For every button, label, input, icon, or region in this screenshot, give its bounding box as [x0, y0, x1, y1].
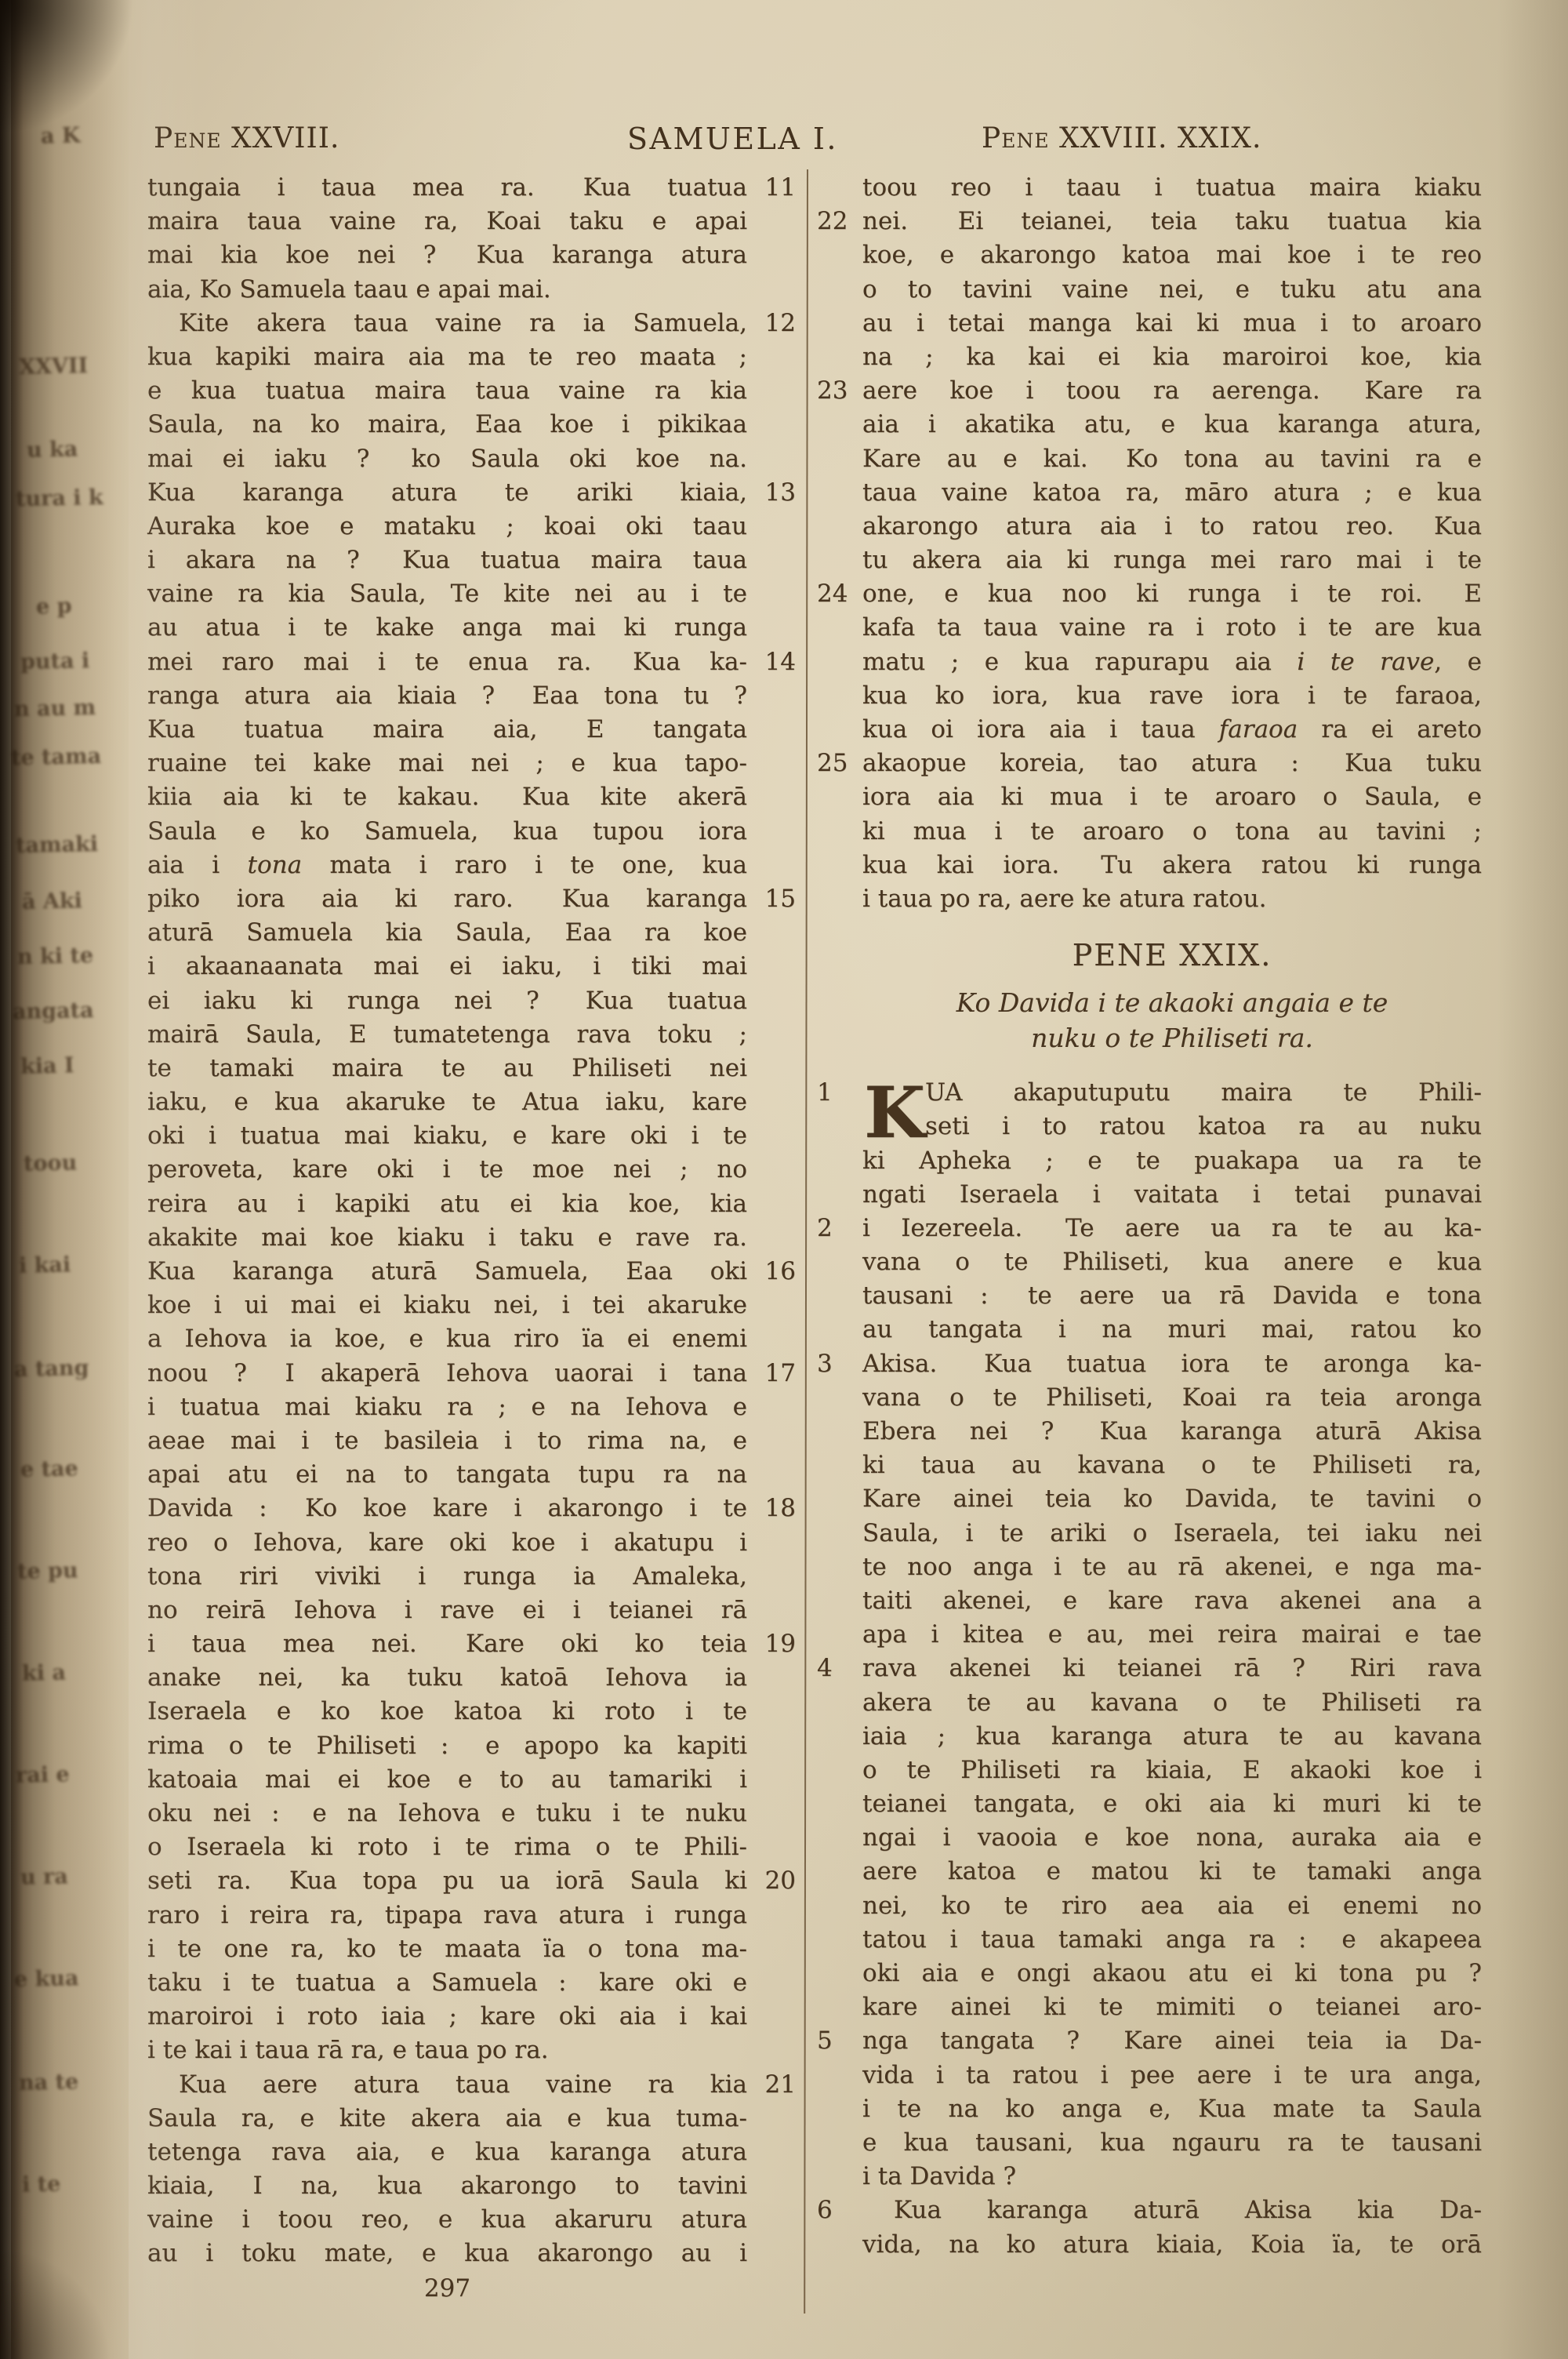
- text-line: taiti akenei, e kare rava akenei ana a: [862, 1584, 1482, 1618]
- column-divider: [804, 169, 808, 2314]
- text-line: i Iezereela. Te aere ua ra te au ka-2: [862, 1212, 1482, 1245]
- text-line: vaine ra kia Saula, Te kite nei au i te: [147, 577, 747, 611]
- verse-number: 1: [817, 1076, 859, 1110]
- text-line: reo o Iehova, kare oki koe i akatupu i: [147, 1526, 747, 1560]
- text-line: kua kai iora. Tu akera ratou ki runga: [862, 849, 1482, 882]
- gutter-fragment: te tama: [11, 744, 102, 770]
- chapter-heading: PENE XXIX.: [862, 935, 1482, 976]
- text-line: Davida : Ko koe kare i akarongo i te18: [147, 1492, 747, 1525]
- text-line: teianei tangata, e oki aia ki muri ki te: [862, 1787, 1482, 1821]
- text-line: mairā Saula, E tumatetenga rava toku ;: [147, 1018, 747, 1052]
- text-line: a Iehova ia koe, e kua riro ïa ei enemi: [147, 1322, 747, 1356]
- gutter-fragment: ā Aki: [22, 889, 82, 914]
- text-line: kiia aia ki te kakau. Kua kite akerā: [147, 780, 747, 814]
- text-line: Kua aere atura taua vaine ra kia21: [147, 2068, 747, 2102]
- chapter-subtitle-line: Ko Davida i te akaoki angaia e te: [862, 985, 1482, 1020]
- text-line: kua kapiki maira aia ma te reo maata ;: [147, 340, 747, 374]
- text-line: nga tangata ? Kare ainei teia ia Da-5: [862, 2024, 1482, 2058]
- text-line: akarongo atura aia i to ratou reo. Kua: [862, 510, 1482, 543]
- verse-number: 11: [750, 171, 796, 205]
- text-line: te tamaki maira te au Philiseti nei: [147, 1052, 747, 1085]
- gutter-fragment: te pu: [17, 1558, 78, 1584]
- text-line: seti ra. Kua topa pu ua iorā Saula ki20: [147, 1864, 747, 1898]
- text-line: i ta Davida ?: [862, 2160, 1482, 2194]
- gutter-fragment: n ki te: [17, 943, 94, 969]
- page-gutter: a KXXVIIu katura i ke pputa in au mte ta…: [11, 0, 129, 2359]
- text-line: au i toku mate, e kua akarongo au i: [147, 2237, 747, 2270]
- text-line: i te kai i taua rā ra, e taua po ra.: [147, 2034, 747, 2067]
- text-line: aia i akatika atu, e kua karanga atura,: [862, 408, 1482, 442]
- text-line: vana o te Philiseti, Koai ra teia aronga: [862, 1381, 1482, 1415]
- text-line: iaia ; kua karanga atura te au kavana: [862, 1720, 1482, 1754]
- text-line: no reirā Iehova i rave ei i teianei rā: [147, 1594, 747, 1627]
- text-line: ki mua i te aroaro o tona au tavini ;: [862, 815, 1482, 849]
- text-line: peroveta, kare oki i te moe nei ; no: [147, 1153, 747, 1187]
- text-line: i te na ko anga e, Kua mate ta Saula: [862, 2092, 1482, 2126]
- text-line: au i tetai manga kai ki mua i to aroaro: [862, 307, 1482, 340]
- text-line: tatou i taua tamaki anga ra : e akapeea: [862, 1923, 1482, 1957]
- verse-number: 16: [750, 1255, 796, 1289]
- text-line: e kua tausani, kua ngauru ra te tausani: [862, 2126, 1482, 2160]
- text-line: aia, Ko Samuela taau e apai mai.: [147, 273, 747, 307]
- verse-number: 3: [817, 1347, 859, 1381]
- text-line: iaku, e kua akaruke te Atua iaku, kare: [147, 1085, 747, 1119]
- text-line: vida, na ko atura kiaia, Koia ïa, te orā: [862, 2228, 1482, 2262]
- gutter-fragment: tamaki: [16, 832, 99, 858]
- gutter-fragment: rai e: [16, 1762, 70, 1787]
- gutter-fragment: puta i: [20, 649, 90, 674]
- gutter-fragment: kia I: [20, 1053, 74, 1078]
- text-line: katoaia mai ei koe e to au tamariki i: [147, 1763, 747, 1797]
- text-line: taua vaine katoa ra, māro atura ; e kua: [862, 476, 1482, 510]
- gutter-fragment: tura i k: [16, 485, 103, 511]
- verse-number: 21: [750, 2068, 796, 2102]
- text-line: e kua tuatua maira taua vaine ra kia: [147, 374, 747, 408]
- text-line: vida i ta ratou i pee aere i te ura anga…: [862, 2059, 1482, 2092]
- text-line: Kare ainei teia ko Davida, te tavini o: [862, 1482, 1482, 1516]
- verse-number: 24: [817, 577, 859, 611]
- text-line: kafa ta taua vaine ra i roto i te are ku…: [862, 611, 1482, 645]
- gutter-fragment: a K: [41, 123, 81, 148]
- text-line: koe i ui mai ei kiaku nei, i tei akaruke: [147, 1289, 747, 1322]
- text-line: tetenga rava aia, e kua karanga atura: [147, 2135, 747, 2169]
- verse-number: 4: [817, 1652, 859, 1685]
- gutter-fragment: e tae: [20, 1456, 78, 1482]
- gutter-fragment: u ra: [20, 1864, 68, 1889]
- text-column-left: tungaia i taua mea ra. Kua tuatua11maira…: [147, 171, 747, 2271]
- text-line: i te one ra, ko te maata ïa o tona ma-: [147, 1932, 747, 1966]
- text-line: au tangata i na muri mai, ratou ko: [862, 1313, 1482, 1347]
- book-page: a KXXVIIu katura i ke pputa in au mte ta…: [0, 0, 1568, 2359]
- text-line: Saula, na ko maira, Eaa koe i pikikaa: [147, 408, 747, 442]
- text-line: matu ; e kua rapurapu aia i te rave, e: [862, 645, 1482, 679]
- text-line: rava akenei ki teianei rā ? Riri rava4: [862, 1652, 1482, 1685]
- text-line: o Iseraela ki roto i te rima o te Phili-: [147, 1830, 747, 1864]
- running-head-center: SAMUELA I.: [627, 119, 838, 158]
- verse-number: 17: [750, 1357, 796, 1390]
- text-line: anake nei, ka tuku katoā Iehova ia: [147, 1661, 747, 1695]
- text-line: aere koe i toou ra aerenga. Kare ra23: [862, 374, 1482, 408]
- text-line: maira taua vaine ra, Koai taku e apai: [147, 205, 747, 238]
- gutter-fragment: na te: [19, 2070, 79, 2095]
- text-line: tona riri viviki i runga ia Amaleka,: [147, 1560, 747, 1594]
- verse-number: 12: [750, 307, 796, 340]
- text-line: nei. Ei teianei, teia taku tuatua kia22: [862, 205, 1482, 238]
- text-line: Kua karanga aturā Samuela, Eaa oki16: [147, 1255, 747, 1289]
- text-line: ngai i vaooia e koe nona, auraka aia e: [862, 1821, 1482, 1855]
- gutter-fragment: e p: [36, 594, 72, 620]
- text-line: ki Apheka ; e te puakapa ua ra te: [862, 1144, 1482, 1178]
- text-line: taku i te tuatua a Samuela : kare oki e: [147, 1966, 747, 2000]
- text-line: i tuatua mai kiaku ra ; e na Iehova e: [147, 1390, 747, 1424]
- verse-number: 20: [750, 1864, 796, 1898]
- text-line: aeae mai i te basileia i to rima na, e: [147, 1424, 747, 1458]
- text-line: ngati Iseraela i vaitata i tetai punavai: [862, 1178, 1482, 1212]
- text-line: aere katoa e matou ki te tamaki anga: [862, 1855, 1482, 1888]
- gutter-fragment: i kai: [19, 1252, 71, 1278]
- text-line: akakite mai koe kiaku i taku e rave ra.: [147, 1221, 747, 1255]
- text-line: piko iora aia ki raro. Kua karanga15: [147, 882, 747, 916]
- running-head-right: Pene XXVIII. XXIX.: [982, 119, 1261, 158]
- text-line: ruaine tei kake mai nei ; e kua tapo-: [147, 747, 747, 780]
- gutter-fragment: n au m: [14, 696, 96, 722]
- text-line: oki i tuatua mai kiaku, e kare oki i te: [147, 1119, 747, 1153]
- chapter-subtitle-line: nuku o te Philiseti ra.: [862, 1020, 1482, 1056]
- gutter-fragment: toou: [24, 1150, 78, 1176]
- verse-number: 2: [817, 1212, 859, 1245]
- text-line: apai atu ei na to tangata tupu ra na: [147, 1458, 747, 1492]
- text-line: tausani : te aere ua rā Davida e tona: [862, 1279, 1482, 1313]
- text-line: reira au i kapiki atu ei kia koe, kia: [147, 1187, 747, 1221]
- verse-number: 14: [750, 645, 796, 679]
- text-line: Kua tuatua maira aia, E tangata: [147, 713, 747, 747]
- verse-number: 22: [817, 205, 859, 238]
- text-line: iora aia ki mua i te aroaro o Saula, e: [862, 780, 1482, 814]
- text-line: kiaia, I na, kua akarongo to tavini: [147, 2169, 747, 2203]
- text-line: Kite akera taua vaine ra ia Samuela,12: [147, 307, 747, 340]
- text-line: vana o te Philiseti, kua anere e kua: [862, 1245, 1482, 1279]
- text-line: kare ainei ki te mimiti o teianei aro-: [862, 1990, 1482, 2024]
- text-line: Saula ra, e kite akera aia e kua tuma-: [147, 2102, 747, 2135]
- text-line: Iseraela e ko koe katoa ki roto i te: [147, 1695, 747, 1728]
- text-line: kua oi iora aia i taua faraoa ra ei aret…: [862, 713, 1482, 747]
- text-line: kua ko iora, kua rave iora i te faraoa,: [862, 679, 1482, 713]
- text-line: i akaanaanata mai ei iaku, i tiki mai: [147, 950, 747, 983]
- text-line: vaine i toou reo, e kua akaruru atura: [147, 2203, 747, 2237]
- text-line: au atua i te kake anga mai ki runga: [147, 611, 747, 645]
- text-line: oku nei : e na Iehova e tuku i te nuku: [147, 1797, 747, 1830]
- text-line: nei, ko te riro aea aia ei enemi no: [862, 1889, 1482, 1923]
- verses-before-heading: toou reo i taau i tuatua maira kiakunei.…: [862, 171, 1482, 916]
- text-line: akaopue koreia, tao atura : Kua tuku25: [862, 747, 1482, 780]
- text-line: Kare au e kai. Ko tona au tavini ra e: [862, 442, 1482, 476]
- text-line: akera te au kavana o te Philiseti ra: [862, 1686, 1482, 1720]
- text-line: tungaia i taua mea ra. Kua tuatua11: [147, 171, 747, 205]
- text-line: Ebera nei ? Kua karanga aturā Akisa: [862, 1415, 1482, 1448]
- text-line: Saula, i te ariki o Iseraela, tei iaku n…: [862, 1517, 1482, 1550]
- verse-number: 5: [817, 2024, 859, 2058]
- text-line: maroiroi i roto iaia ; kare oki aia i ka…: [147, 2000, 747, 2034]
- text-line: noou ? I akaperā Iehova uaorai i tana17: [147, 1357, 747, 1390]
- text-line: toou reo i taau i tuatua maira kiaku: [862, 171, 1482, 205]
- text-line: mei raro mai i te enua ra. Kua ka-14: [147, 645, 747, 679]
- gutter-fragment: a tang: [14, 1356, 89, 1382]
- text-line: o te Philiseti ra kiaia, E akaoki koe i: [862, 1754, 1482, 1787]
- running-head-left: Pene XXVIII.: [154, 119, 339, 158]
- verse-number: 13: [750, 476, 796, 510]
- text-line: i taua po ra, aere ke atura ratou.: [862, 882, 1482, 916]
- verses-after-heading: KUA akaputuputu maira te Phili-1seti i t…: [862, 1076, 1482, 2262]
- text-line: i taua mea nei. Kare oki ko teia19: [147, 1627, 747, 1661]
- text-line: oki aia e ongi akaou atu ei ki tona pu ?: [862, 1957, 1482, 1990]
- text-line: Akisa. Kua tuatua iora te aronga ka-3: [862, 1347, 1482, 1381]
- verse-number: 25: [817, 747, 859, 780]
- verse-number: 19: [750, 1627, 796, 1661]
- verse-number: 6: [817, 2194, 859, 2227]
- text-line: tu akera aia ki runga mei raro mai i te: [862, 543, 1482, 577]
- gutter-fragment: XXVII: [19, 354, 89, 380]
- text-line: o to tavini vaine nei, e tuku atu ana: [862, 273, 1482, 307]
- text-line: i akara na ? Kua tuatua maira taua: [147, 543, 747, 577]
- text-line: koe, e akarongo katoa mai koe i te reo: [862, 238, 1482, 272]
- gutter-fragment: e kua: [14, 1966, 79, 1992]
- text-line: rima o te Philiseti : e apopo ka kapiti: [147, 1729, 747, 1763]
- text-line: Auraka koe e mataku ; koai oki taau: [147, 510, 747, 543]
- text-line: raro i reira ra, tipapa rava atura i run…: [147, 1899, 747, 1932]
- text-line: mai kia koe nei ? Kua karanga atura: [147, 238, 747, 272]
- text-line: KUA akaputuputu maira te Phili-1: [862, 1076, 1482, 1110]
- text-line: seti i to ratou katoa ra au nuku: [862, 1110, 1482, 1143]
- verse-number: 15: [750, 882, 796, 916]
- text-line: Saula e ko Samuela, kua tupou iora: [147, 815, 747, 849]
- verse-number: 18: [750, 1492, 796, 1525]
- gutter-fragment: angata: [13, 998, 94, 1024]
- gutter-fragment: i te: [22, 2172, 61, 2197]
- text-line: Kua karanga atura te ariki kiaia,13: [147, 476, 747, 510]
- text-line: one, e kua noo ki runga i te roi. E24: [862, 577, 1482, 611]
- page-number: 297: [147, 2274, 747, 2303]
- text-line: na ; ka kai ei kia maroiroi koe, kia: [862, 340, 1482, 374]
- text-line: mai ei iaku ? ko Saula oki koe na.: [147, 442, 747, 476]
- text-line: ranga atura aia kiaia ? Eaa tona tu ?: [147, 679, 747, 713]
- verse-number: 23: [817, 374, 859, 408]
- text-line: te noo anga i te au rā akenei, e nga ma-: [862, 1550, 1482, 1584]
- gutter-fragment: ki a: [22, 1660, 66, 1685]
- gutter-fragment: u ka: [27, 437, 78, 462]
- text-line: ki taua au kavana o te Philiseti ra,: [862, 1448, 1482, 1482]
- text-column-right: toou reo i taau i tuatua maira kiakunei.…: [862, 171, 1482, 2262]
- text-line: ei iaku ki runga nei ? Kua tuatua: [147, 984, 747, 1018]
- text-line: aia i tona mata i raro i te one, kua: [147, 849, 747, 882]
- text-line: Kua karanga aturā Akisa kia Da-6: [862, 2194, 1482, 2227]
- text-line: aturā Samuela kia Saula, Eaa ra koe: [147, 916, 747, 950]
- text-line: apa i kitea e au, mei reira mairai e tae: [862, 1618, 1482, 1652]
